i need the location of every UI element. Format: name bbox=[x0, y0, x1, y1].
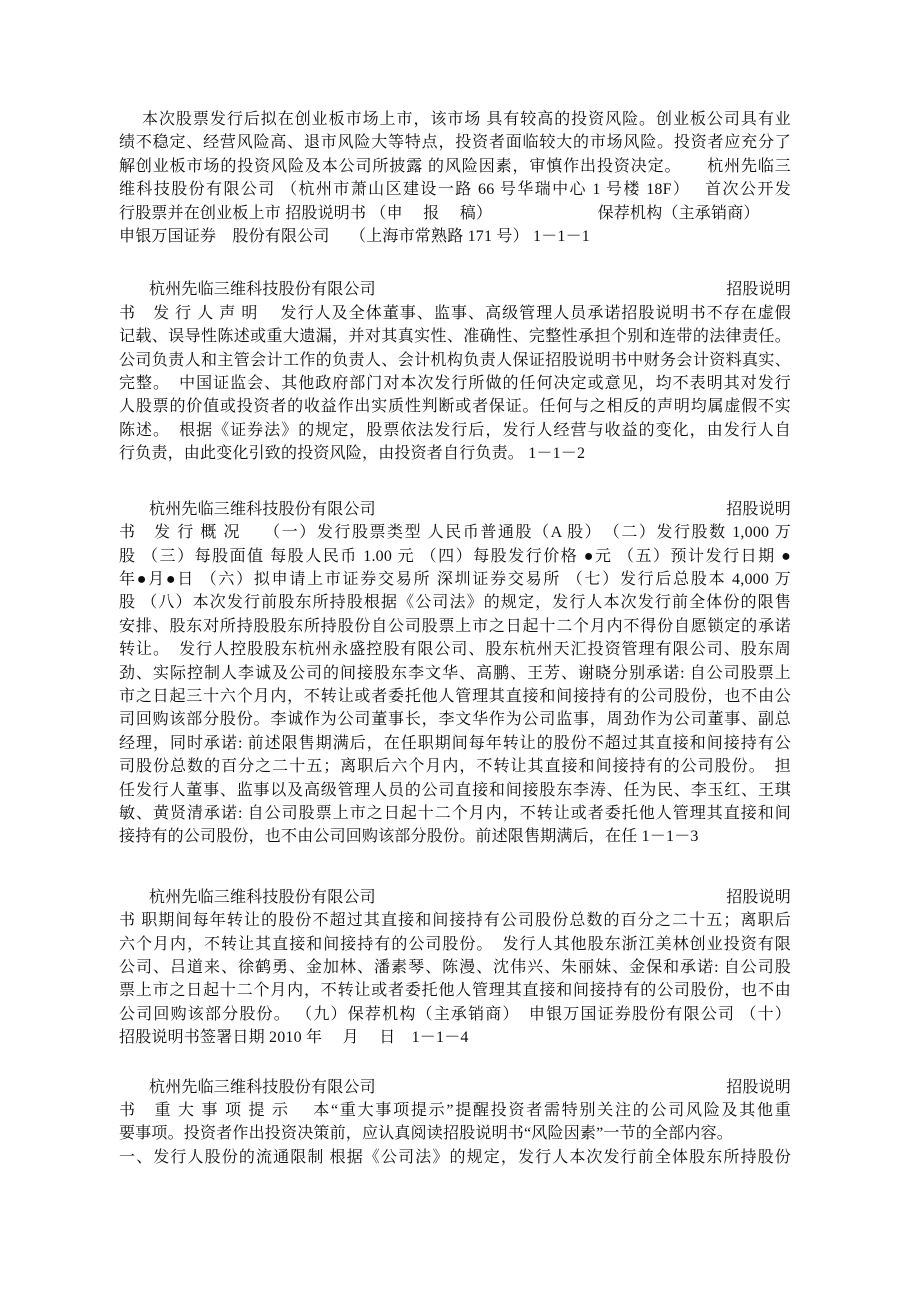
text-line: 经理，同时承诺: 前述限售期满后，在任职期间每年转让的股份不超过其直接和间接持有… bbox=[119, 732, 791, 755]
header-company-name: 杭州先临三维科技股份有限公司 bbox=[119, 278, 376, 301]
text-line: 书 发 行 人 声 明 发行人及全体董事、监事、高级管理人员承诺招股说明书不存在… bbox=[119, 302, 791, 325]
text-line: 书 重 大 事 项 提 示 本“重大事项提示”提醒投资者需特别关注的公司风险及其… bbox=[119, 1099, 791, 1122]
text-line: 一、发行人股份的流通限制 根据《公司法》的规定，发行人本次发行前全体股东所持股份 bbox=[119, 1146, 791, 1169]
header-doc-type: 招股说明 bbox=[726, 498, 791, 521]
text-line: 招股说明书签署日期 2010 年 月 日 1－1－4 bbox=[119, 1026, 791, 1049]
text-line: 绩不稳定、经营风险高、退市风险大等特点，投资者面临较大的市场风险。投资者应充分了 bbox=[119, 131, 791, 154]
header-doc-type: 招股说明 bbox=[726, 886, 791, 909]
text-line: 本次股票发行后拟在创业板市场上市，该市场 具有较高的投资风险。创业板公司具有业 bbox=[119, 108, 791, 131]
header-doc-type: 招股说明 bbox=[726, 1076, 791, 1099]
text-line: 公司负责人和主管会计工作的负责人、会计机构负责人保证招股说明书中财务会计资料真实… bbox=[119, 349, 791, 372]
page-header: 杭州先临三维科技股份有限公司 招股说明 bbox=[119, 1076, 791, 1099]
text-line: 敏、黄贤清承诺: 自公司股票上市之日起十二个月内，不转让或者委托他人管理其直接和… bbox=[119, 802, 791, 825]
text-line: 要事项。投资者作出投资决策前，应认真阅读招股说明书“风险因素”一节的全部内容。 bbox=[119, 1122, 791, 1145]
issue-overview-section: 杭州先临三维科技股份有限公司 招股说明 书 发 行 概 况 （一）发行股票类型 … bbox=[119, 498, 791, 849]
text-line: 解创业板市场的投资风险及本公司所披露 的风险因素，审慎作出投资决定。 杭州先临三 bbox=[119, 155, 791, 178]
text-line: 申银万国证券 股份有限公司 （上海市常熟路 171 号） 1－1－1 bbox=[119, 225, 791, 248]
text-line: 书 职期间每年转让的股份不超过其直接和间接持有公司股份总数的百分之二十五；离职后 bbox=[119, 909, 791, 932]
text-line: 股 （三）每股面值 每股人民币 1.00 元 （四）每股发行价格 ●元 （五）预… bbox=[119, 545, 791, 568]
text-line: 票上市之日起十二个月内，不转让或者委托他人管理其直接和间接持有的公司股份，也不由 bbox=[119, 979, 791, 1002]
lockup-continuation-section: 杭州先临三维科技股份有限公司 招股说明 书 职期间每年转让的股份不超过其直接和间… bbox=[119, 886, 791, 1050]
text-line: 六个月内，不转让其直接和间接持有的公司股份。 发行人其他股东浙江美林创业投资有限 bbox=[119, 933, 791, 956]
text-line: 陈述。 根据《证券法》的规定，股票依法发行后，发行人经营与收益的变化，由发行人自 bbox=[119, 419, 791, 442]
text-line: 公司、吕道来、徐鹤勇、金加林、潘素琴、陈漫、沈伟兴、朱丽妹、金保和承诺: 自公司… bbox=[119, 956, 791, 979]
text-line: 公司回购该部分股份。 （九）保荐机构（主承销商） 申银万国证券股份有限公司 （十… bbox=[119, 1003, 791, 1026]
issuer-declaration-section: 杭州先临三维科技股份有限公司 招股说明 书 发 行 人 声 明 发行人及全体董事… bbox=[119, 278, 791, 465]
text-line: 接持有的公司股份，也不由公司回购该部分股份。前述限售期满后，在任 1－1－3 bbox=[119, 825, 791, 848]
text-line: 股 （八）本次发行前股东所持股根据《公司法》的规定，发行人本次发行前全体份的限售 bbox=[119, 591, 791, 614]
text-line: 司股份总数的百分之二十五；离职后六个月内，不转让其直接和间接持有的公司股份。 担 bbox=[119, 755, 791, 778]
text-line: 年●月●日 （六）拟申请上市证券交易所 深圳证券交易所 （七）发行后总股本 4,… bbox=[119, 568, 791, 591]
text-line: 书 发 行 概 况 （一）发行股票类型 人民币普通股（A 股） （二）发行股数 … bbox=[119, 521, 791, 544]
header-company-name: 杭州先临三维科技股份有限公司 bbox=[119, 1076, 376, 1099]
text-line: 完整。 中国证监会、其他政府部门对本次发行所做的任何决定或意见，均不表明其对发行 bbox=[119, 372, 791, 395]
page-header: 杭州先临三维科技股份有限公司 招股说明 bbox=[119, 278, 791, 301]
header-company-name: 杭州先临三维科技股份有限公司 bbox=[119, 886, 376, 909]
text-line: 任发行人董事、监事以及高级管理人员的公司直接和间接股东李涛、任为民、李玉红、王琪 bbox=[119, 779, 791, 802]
header-doc-type: 招股说明 bbox=[726, 278, 791, 301]
document-page: 本次股票发行后拟在创业板市场上市，该市场 具有较高的投资风险。创业板公司具有业 … bbox=[0, 0, 920, 1302]
header-company-name: 杭州先临三维科技股份有限公司 bbox=[119, 498, 376, 521]
text-line: 市之日起三十六个月内，不转让或者委托他人管理其直接和间接持有的公司股份，也不由公 bbox=[119, 685, 791, 708]
cover-paragraph: 本次股票发行后拟在创业板市场上市，该市场 具有较高的投资风险。创业板公司具有业 … bbox=[119, 108, 791, 248]
major-events-section: 杭州先临三维科技股份有限公司 招股说明 书 重 大 事 项 提 示 本“重大事项… bbox=[119, 1076, 791, 1170]
text-line: 维科技股份有限公司 （杭州市萧山区建设一路 66 号华瑞中心 1 号楼 18F）… bbox=[119, 178, 791, 201]
text-line: 行负责，由此变化引致的投资风险，由投资者自行负责。 1－1－2 bbox=[119, 442, 791, 465]
text-line: 安排、股东对所持股股东所持股份自公司股票上市之日起十二个月内不得份自愿锁定的承诺 bbox=[119, 615, 791, 638]
text-line: 司回购该部分股份。李诚作为公司董事长，李文华作为公司监事，周劲作为公司董事、副总 bbox=[119, 708, 791, 731]
text-line: 行股票并在创业板上市 招股说明书 （申 报 稿） 保荐机构（主承销商） bbox=[119, 202, 791, 225]
document-content: 本次股票发行后拟在创业板市场上市，该市场 具有较高的投资风险。创业板公司具有业 … bbox=[119, 108, 791, 1169]
text-line: 人股票的价值或投资者的收益作出实质性判断或者保证。任何与之相反的声明均属虚假不实 bbox=[119, 395, 791, 418]
text-line: 劲、实际控制人李诚及公司的间接股东李文华、高鹏、王芳、谢晓分别承诺: 自公司股票… bbox=[119, 662, 791, 685]
page-header: 杭州先临三维科技股份有限公司 招股说明 bbox=[119, 886, 791, 909]
text-line: 记载、误导性陈述或重大遗漏，并对其真实性、准确性、完整性承担个别和连带的法律责任… bbox=[119, 325, 791, 348]
page-header: 杭州先临三维科技股份有限公司 招股说明 bbox=[119, 498, 791, 521]
text-line: 转让。 发行人控股股东杭州永盛控股有限公司、股东杭州天汇投资管理有限公司、股东周 bbox=[119, 638, 791, 661]
